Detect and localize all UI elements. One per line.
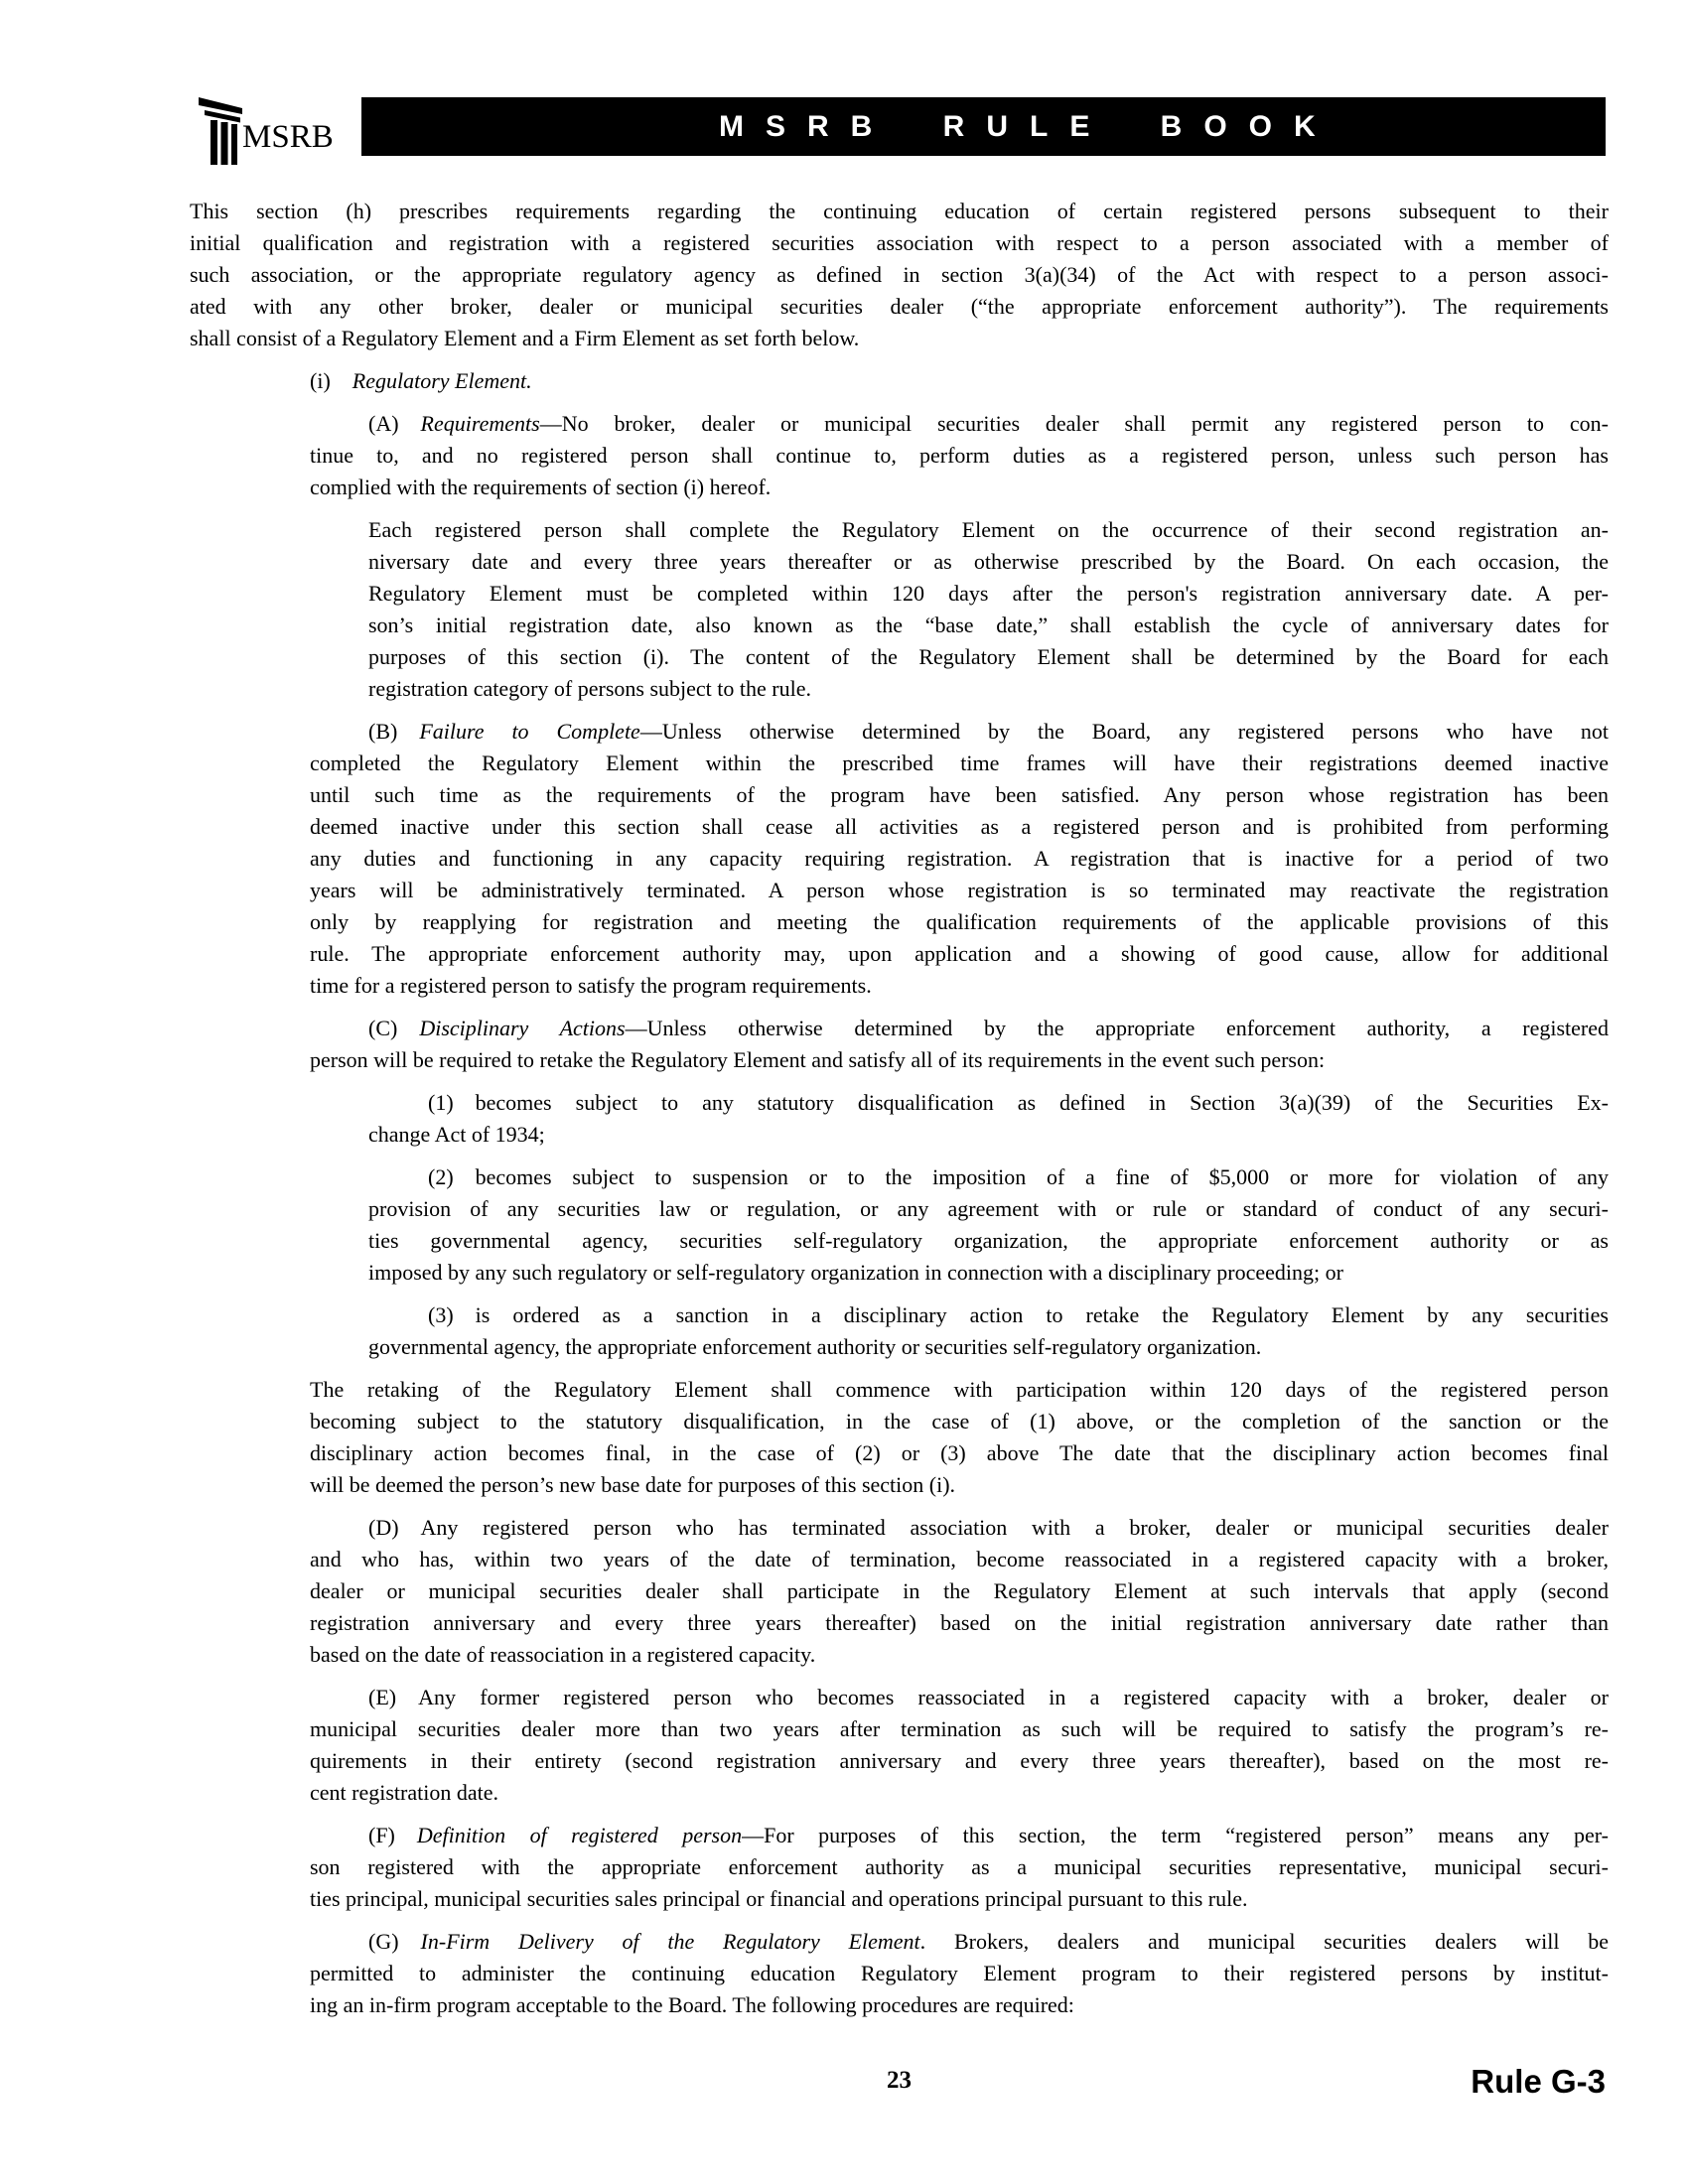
line: dealer or municipal securities dealer sh…: [310, 1575, 1609, 1607]
line: years will be administratively terminate…: [310, 875, 1609, 906]
line: change Act of 1934;: [368, 1119, 1609, 1151]
line: time for a registered person to satisfy …: [310, 970, 1609, 1002]
paragraph: (i) Regulatory Element.: [310, 365, 1609, 397]
paragraph: (3) is ordered as a sanction in a discip…: [368, 1299, 1609, 1363]
line: initial qualification and registration w…: [190, 227, 1609, 259]
paragraph: (E) Any former registered person who bec…: [310, 1682, 1609, 1809]
line: complied with the requirements of sectio…: [310, 472, 1609, 503]
paragraph: (A) Requirements—No broker, dealer or mu…: [310, 408, 1609, 503]
line: disciplinary action becomes final, in th…: [310, 1437, 1609, 1469]
document-body: This section (h) prescribes requirements…: [190, 196, 1609, 2021]
line: registration category of persons subject…: [368, 673, 1609, 705]
line: until such time as the requirements of t…: [310, 779, 1609, 811]
paragraph: (G) In-Firm Delivery of the Regulatory E…: [310, 1926, 1609, 2021]
line: (3) is ordered as a sanction in a discip…: [368, 1299, 1609, 1331]
rule-label: Rule G-3: [1471, 2063, 1606, 2101]
paragraph: (2) becomes subject to suspension or to …: [368, 1161, 1609, 1289]
line: ated with any other broker, dealer or mu…: [190, 291, 1609, 323]
paragraph: This section (h) prescribes requirements…: [190, 196, 1609, 354]
line: This section (h) prescribes requirements…: [190, 196, 1609, 227]
line: rule. The appropriate enforcement author…: [310, 938, 1609, 970]
line: (A) Requirements—No broker, dealer or mu…: [310, 408, 1609, 440]
line: Each registered person shall complete th…: [368, 514, 1609, 546]
line: tinue to, and no registered person shall…: [310, 440, 1609, 472]
line: governmental agency, the appropriate enf…: [368, 1331, 1609, 1363]
line: such association, or the appropriate reg…: [190, 259, 1609, 291]
line: (C) Disciplinary Actions—Unless otherwis…: [310, 1013, 1609, 1044]
paragraph: (1) becomes subject to any statutory dis…: [368, 1087, 1609, 1151]
line: based on the date of reassociation in a …: [310, 1639, 1609, 1671]
line: Regulatory Element must be completed wit…: [368, 578, 1609, 610]
rule-book-banner: MSRB RULE BOOK: [361, 97, 1606, 156]
msrb-logo: MSRB: [197, 83, 326, 163]
line: deemed inactive under this section shall…: [310, 811, 1609, 843]
line: will be deemed the person’s new base dat…: [310, 1469, 1609, 1501]
line: (F) Definition of registered person—For …: [310, 1820, 1609, 1851]
line: completed the Regulatory Element within …: [310, 748, 1609, 779]
line: son’s initial registration date, also kn…: [368, 610, 1609, 641]
paragraph: Each registered person shall complete th…: [368, 514, 1609, 705]
line: purposes of this section (i). The conten…: [368, 641, 1609, 673]
line: municipal securities dealer more than tw…: [310, 1713, 1609, 1745]
line: (2) becomes subject to suspension or to …: [368, 1161, 1609, 1193]
line: only by reapplying for registration and …: [310, 906, 1609, 938]
line: The retaking of the Regulatory Element s…: [310, 1374, 1609, 1406]
line: (G) In-Firm Delivery of the Regulatory E…: [310, 1926, 1609, 1958]
line: cent registration date.: [310, 1777, 1609, 1809]
paragraph: The retaking of the Regulatory Element s…: [310, 1374, 1609, 1501]
line: permitted to administer the continuing e…: [310, 1958, 1609, 1989]
paragraph: (F) Definition of registered person—For …: [310, 1820, 1609, 1915]
paragraph: (B) Failure to Complete—Unless otherwise…: [310, 716, 1609, 1002]
logo-text: MSRB: [242, 119, 334, 156]
line: shall consist of a Regulatory Element an…: [190, 323, 1609, 354]
line: (B) Failure to Complete—Unless otherwise…: [310, 716, 1609, 748]
page-number: 23: [190, 2067, 1609, 2095]
pillar-icon: [197, 89, 244, 165]
line: any duties and functioning in any capaci…: [310, 843, 1609, 875]
line: (i) Regulatory Element.: [310, 365, 1609, 397]
line: provision of any securities law or regul…: [368, 1193, 1609, 1225]
line: and who has, within two years of the dat…: [310, 1544, 1609, 1575]
line: (1) becomes subject to any statutory dis…: [368, 1087, 1609, 1119]
line: ties principal, municipal securities sal…: [310, 1883, 1609, 1915]
banner-title: MSRB RULE BOOK: [361, 97, 1606, 156]
line: (E) Any former registered person who bec…: [310, 1682, 1609, 1713]
line: ties governmental agency, securities sel…: [368, 1225, 1609, 1257]
line: son registered with the appropriate enfo…: [310, 1851, 1609, 1883]
line: person will be required to retake the Re…: [310, 1044, 1609, 1076]
line: niversary date and every three years the…: [368, 546, 1609, 578]
line: imposed by any such regulatory or self-r…: [368, 1257, 1609, 1289]
paragraph: (D) Any registered person who has termin…: [310, 1512, 1609, 1671]
line: (D) Any registered person who has termin…: [310, 1512, 1609, 1544]
paragraph: (C) Disciplinary Actions—Unless otherwis…: [310, 1013, 1609, 1076]
line: becoming subject to the statutory disqua…: [310, 1406, 1609, 1437]
line: registration anniversary and every three…: [310, 1607, 1609, 1639]
line: quirements in their entirety (second reg…: [310, 1745, 1609, 1777]
line: ing an in-firm program acceptable to the…: [310, 1989, 1609, 2021]
